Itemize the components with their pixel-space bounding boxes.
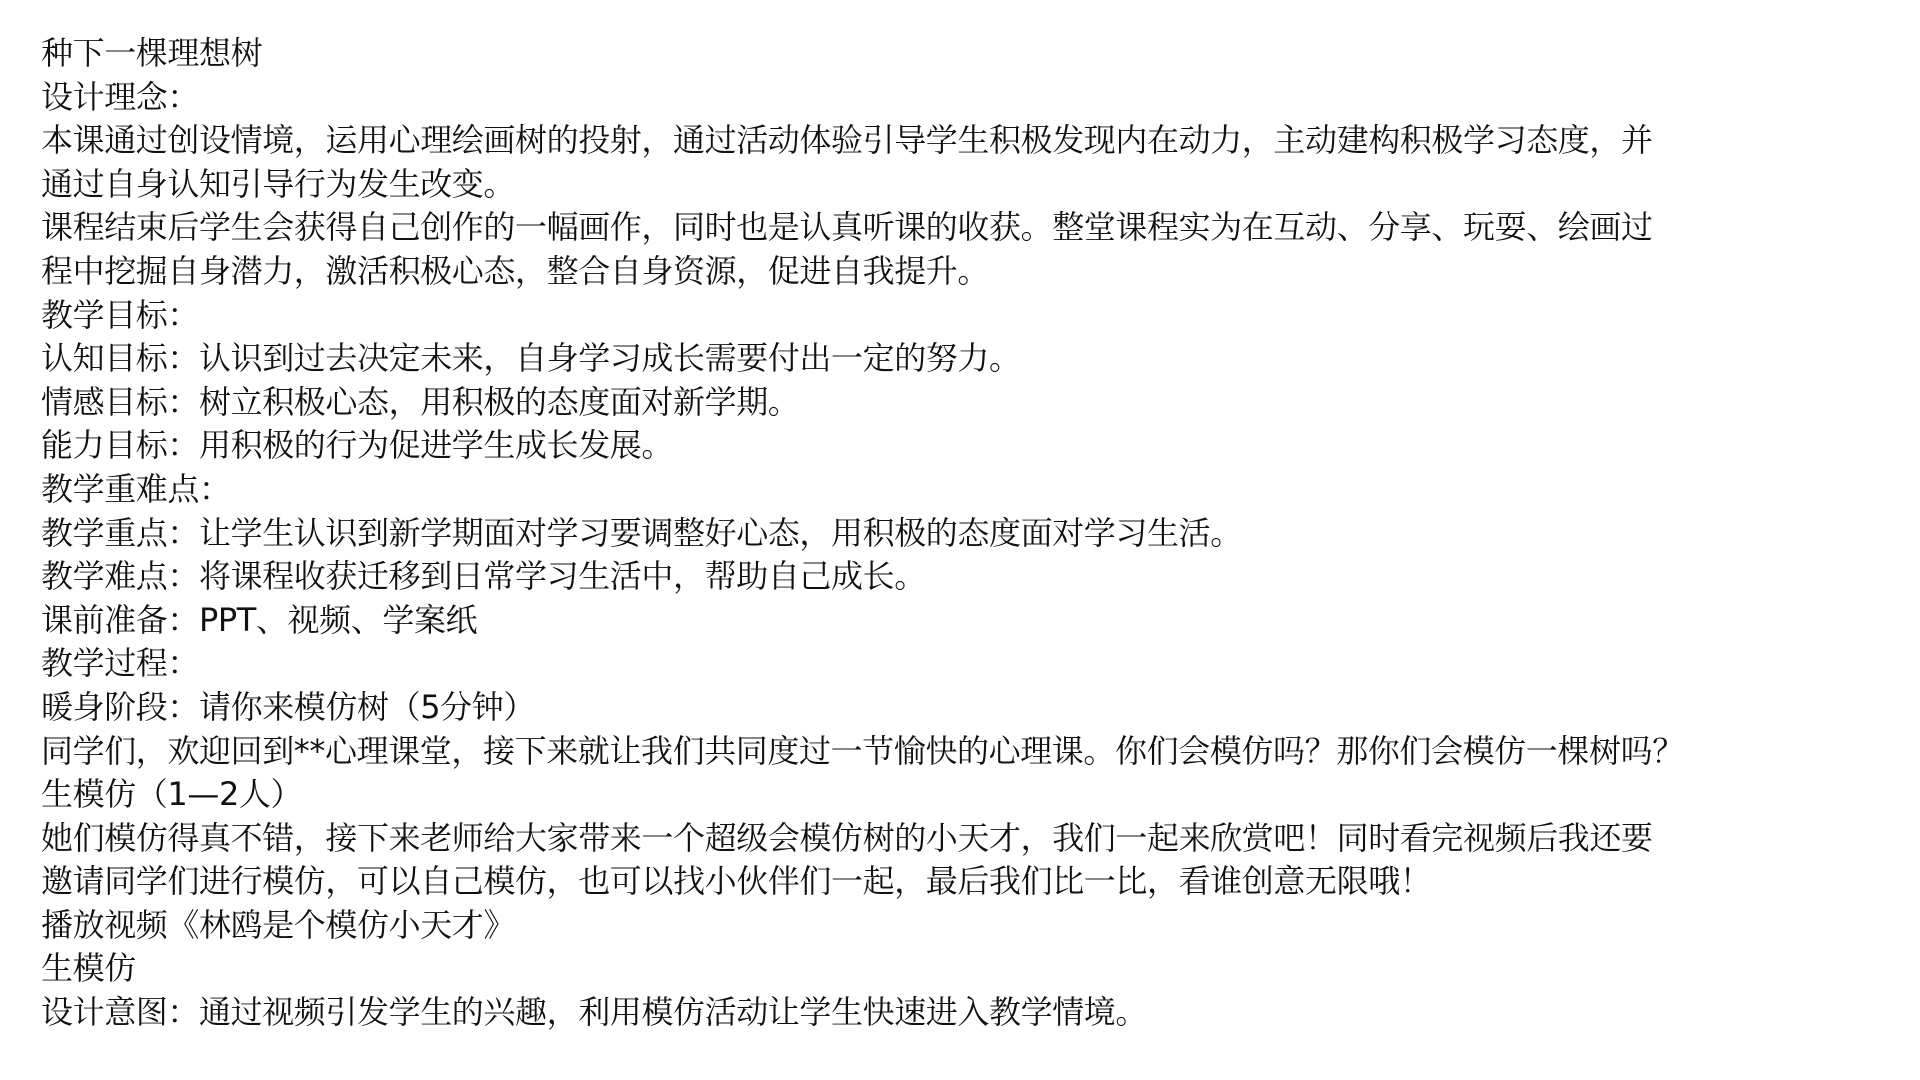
goal-cognitive: 认知目标：认识到过去决定未来，自身学习成长需要付出一定的努力。 [41,337,1901,381]
design-intent: 设计意图：通过视频引发学生的兴趣，利用模仿活动让学生快速进入教学情境。 [41,991,1901,1035]
document-title: 种下一棵理想树 [41,32,1901,76]
student-activity: 生模仿（1—2人） [41,773,1901,817]
paragraph-line: 她们模仿得真不错，接下来老师给大家带来一个超级会模仿树的小天才，我们一起来欣赏吧… [41,817,1901,861]
document-body: 种下一棵理想树 设计理念： 本课通过创设情境，运用心理绘画树的投射，通过活动体验… [41,32,1901,1035]
section-heading-teaching-process: 教学过程： [41,642,1901,686]
preparation: 课前准备：PPT、视频、学案纸 [41,599,1901,643]
section-heading-teaching-goals: 教学目标： [41,294,1901,338]
warmup-stage: 暖身阶段：请你来模仿树（5分钟） [41,686,1901,730]
section-heading-key-difficult-points: 教学重难点： [41,468,1901,512]
difficult-point: 教学难点：将课程收获迁移到日常学习生活中，帮助自己成长。 [41,555,1901,599]
paragraph-line: 本课通过创设情境，运用心理绘画树的投射，通过活动体验引导学生积极发现内在动力，主… [41,119,1901,163]
paragraph-line: 邀请同学们进行模仿，可以自己模仿，也可以找小伙伴们一起，最后我们比一比，看谁创意… [41,860,1901,904]
paragraph-line: 程中挖掘自身潜力，激活积极心态，整合自身资源，促进自我提升。 [41,250,1901,294]
play-video: 播放视频《林鸥是个模仿小天才》 [41,904,1901,948]
goal-emotional: 情感目标：树立积极心态，用积极的态度面对新学期。 [41,381,1901,425]
student-activity: 生模仿 [41,947,1901,991]
paragraph-line: 课程结束后学生会获得自己创作的一幅画作，同时也是认真听课的收获。整堂课程实为在互… [41,206,1901,250]
paragraph-line: 通过自身认知引导行为发生改变。 [41,163,1901,207]
key-point: 教学重点：让学生认识到新学期面对学习要调整好心态，用积极的态度面对学习生活。 [41,512,1901,556]
paragraph-line: 同学们，欢迎回到**心理课堂，接下来就让我们共同度过一节愉快的心理课。你们会模仿… [41,730,1901,774]
goal-ability: 能力目标：用积极的行为促进学生成长发展。 [41,424,1901,468]
section-heading-design-concept: 设计理念： [41,76,1901,120]
